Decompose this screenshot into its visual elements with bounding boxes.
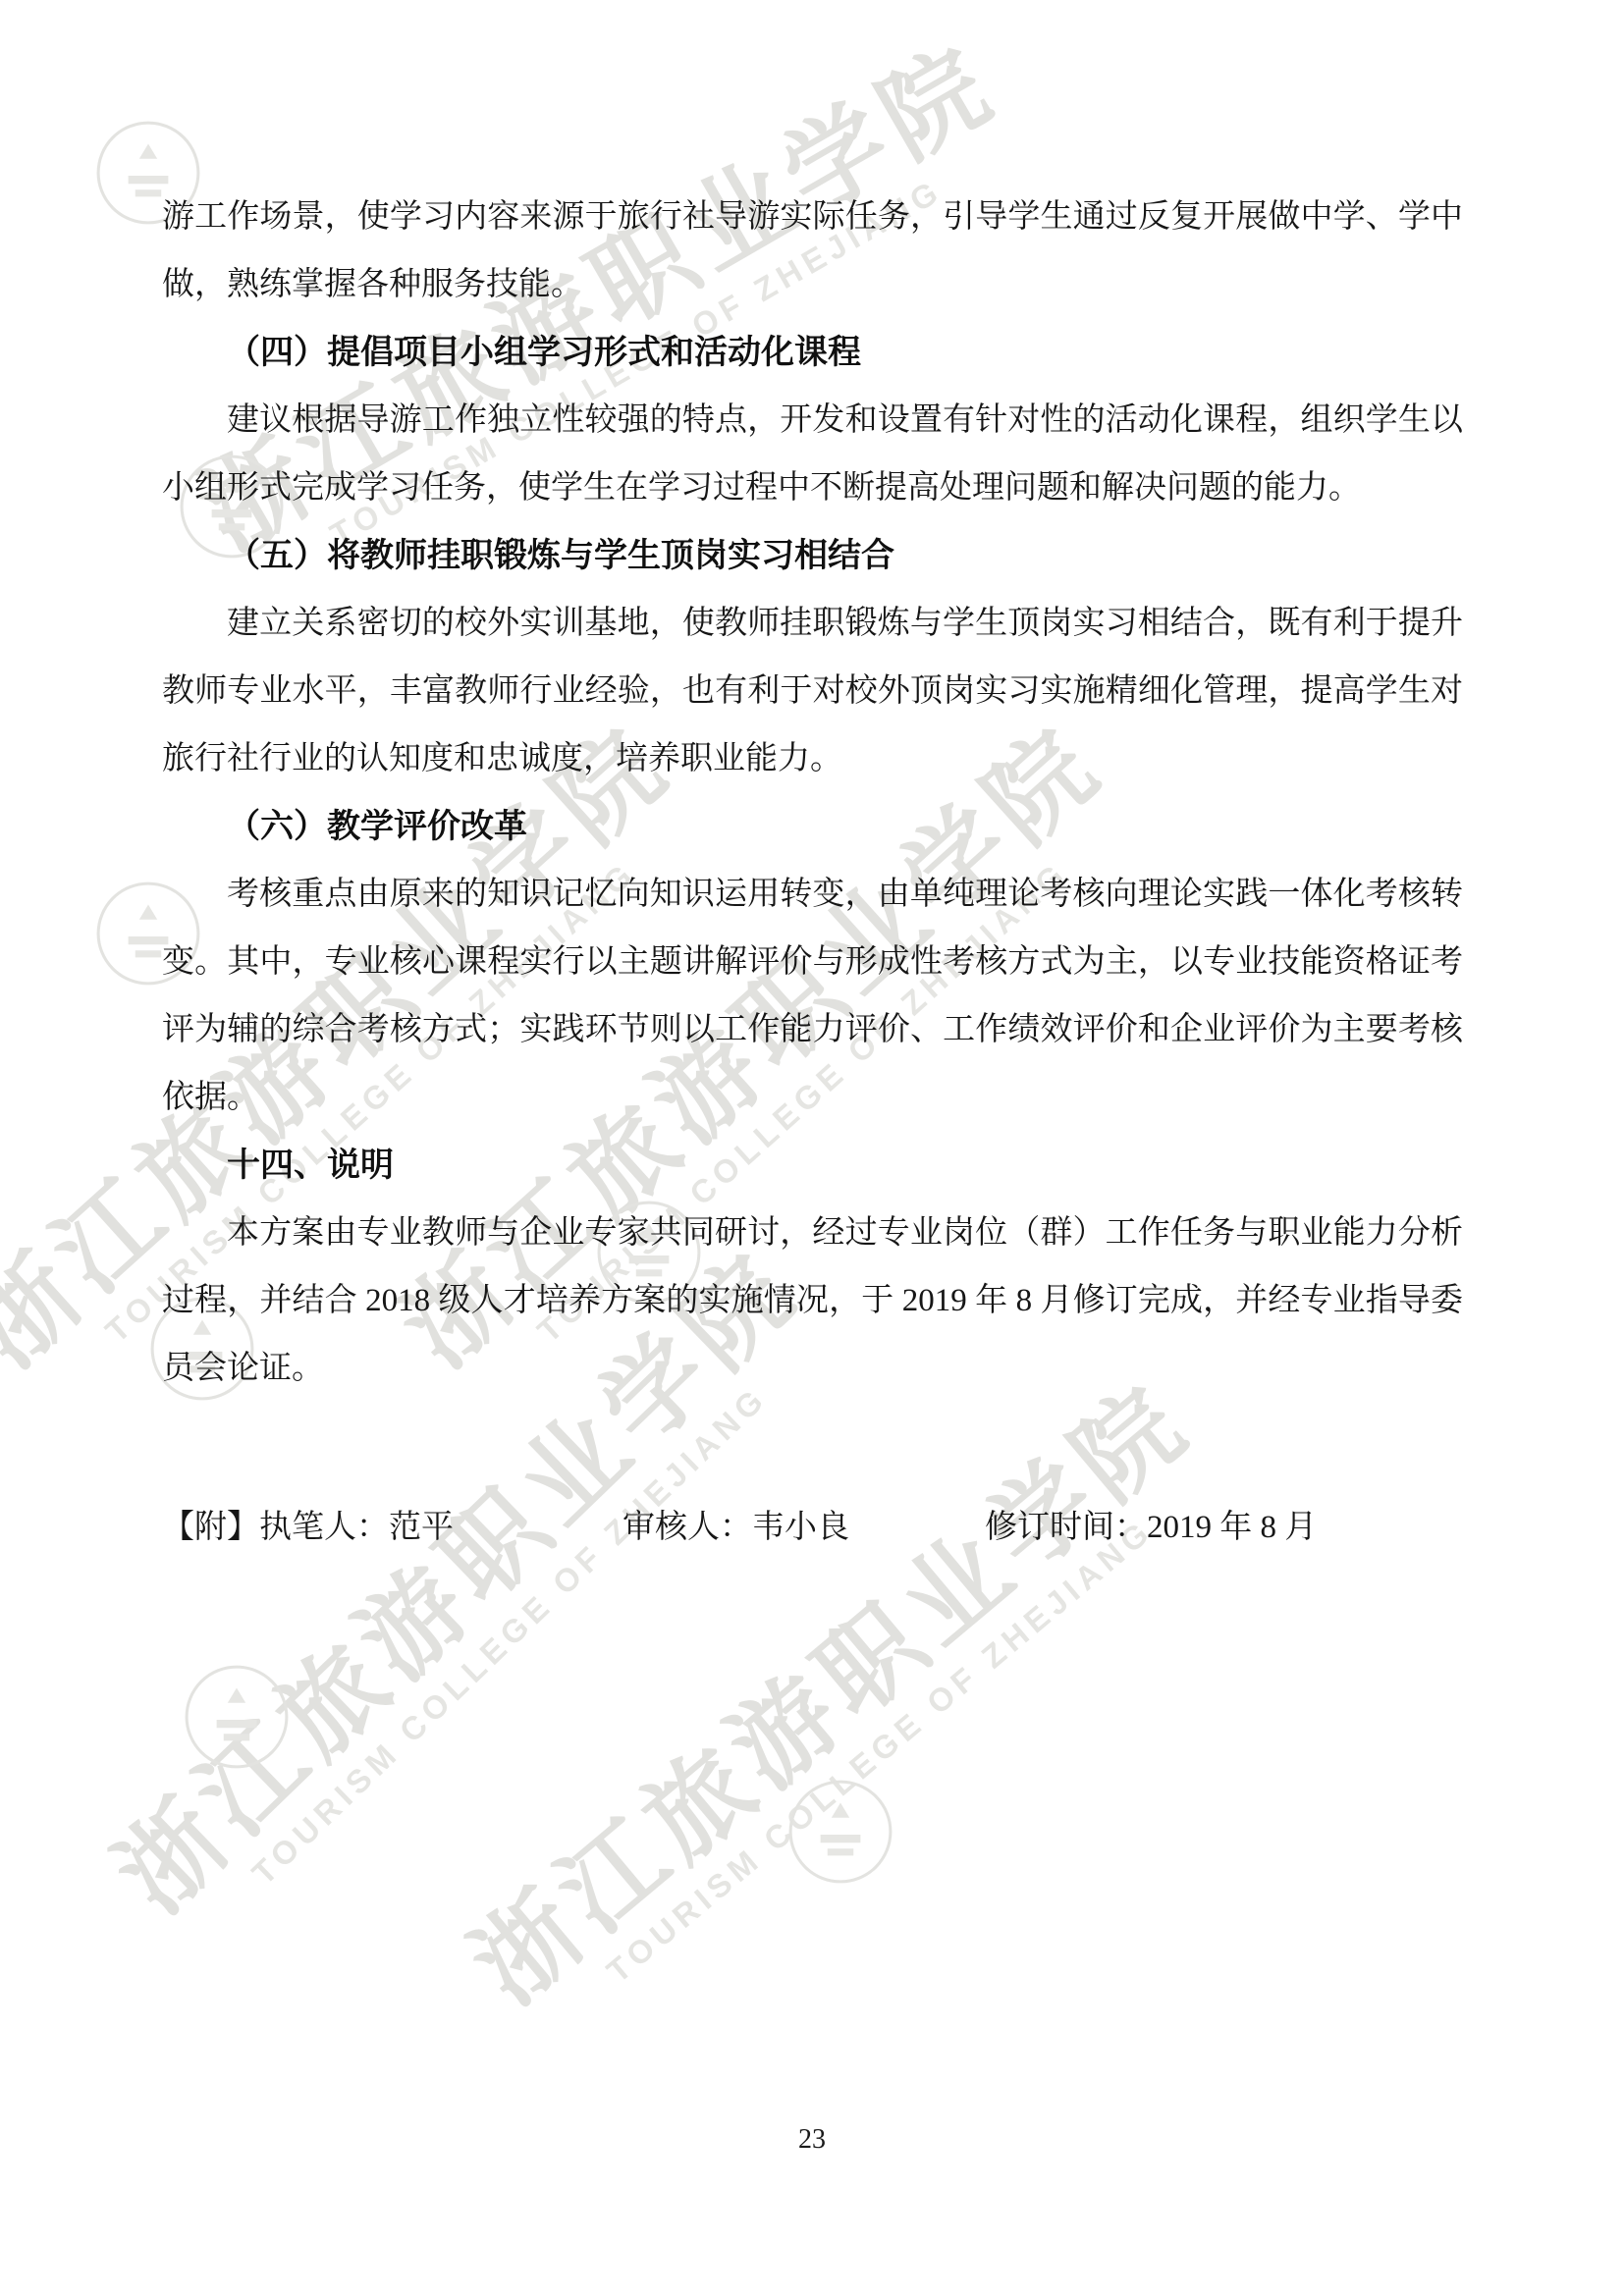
college-seal-icon [182,1662,292,1772]
revision-date-label: 修订时间：2019 年 8 月 [985,1494,1317,1562]
section-heading-5: （五）将教师挂职锻炼与学生顶岗实习相结合 [162,522,1463,590]
paragraph: 建议根据导游工作独立性较强的特点，开发和设置有针对性的活动化课程，组织学生以小组… [162,387,1463,522]
document-page: 浙江旅游职业学院 TOURISM COLLEGE OF ZHEJIANG 浙江旅… [0,0,1624,2296]
section-heading-6: （六）教学评价改革 [162,793,1463,861]
section-heading-4: （四）提倡项目小组学习形式和活动化课程 [162,319,1463,387]
page-number: 23 [0,2124,1624,2156]
paragraph: 建立关系密切的校外实训基地，使教师挂职锻炼与学生顶岗实习相结合，既有利于提升教师… [162,590,1463,793]
document-body: 游工作场景，使学习内容来源于旅行社导游实际任务，引导学生通过反复开展做中学、学中… [162,184,1463,1562]
paragraph-continued: 游工作场景，使学习内容来源于旅行社导游实际任务，引导学生通过反复开展做中学、学中… [162,184,1463,319]
attachment-line: 【附】执笔人：范平 审核人：韦小良 修订时间：2019 年 8 月 [162,1494,1463,1562]
chapter-heading-14: 十四、说明 [162,1132,1463,1200]
reviewer-label: 审核人：韦小良 [623,1494,849,1562]
author-label: 【附】执笔人：范平 [162,1494,454,1562]
paragraph: 本方案由专业教师与企业专家共同研讨，经过专业岗位（群）工作任务与职业能力分析过程… [162,1200,1463,1403]
college-seal-icon [785,1777,895,1887]
paragraph: 考核重点由原来的知识记忆向知识运用转变，由单纯理论考核向理论实践一体化考核转变。… [162,861,1463,1132]
